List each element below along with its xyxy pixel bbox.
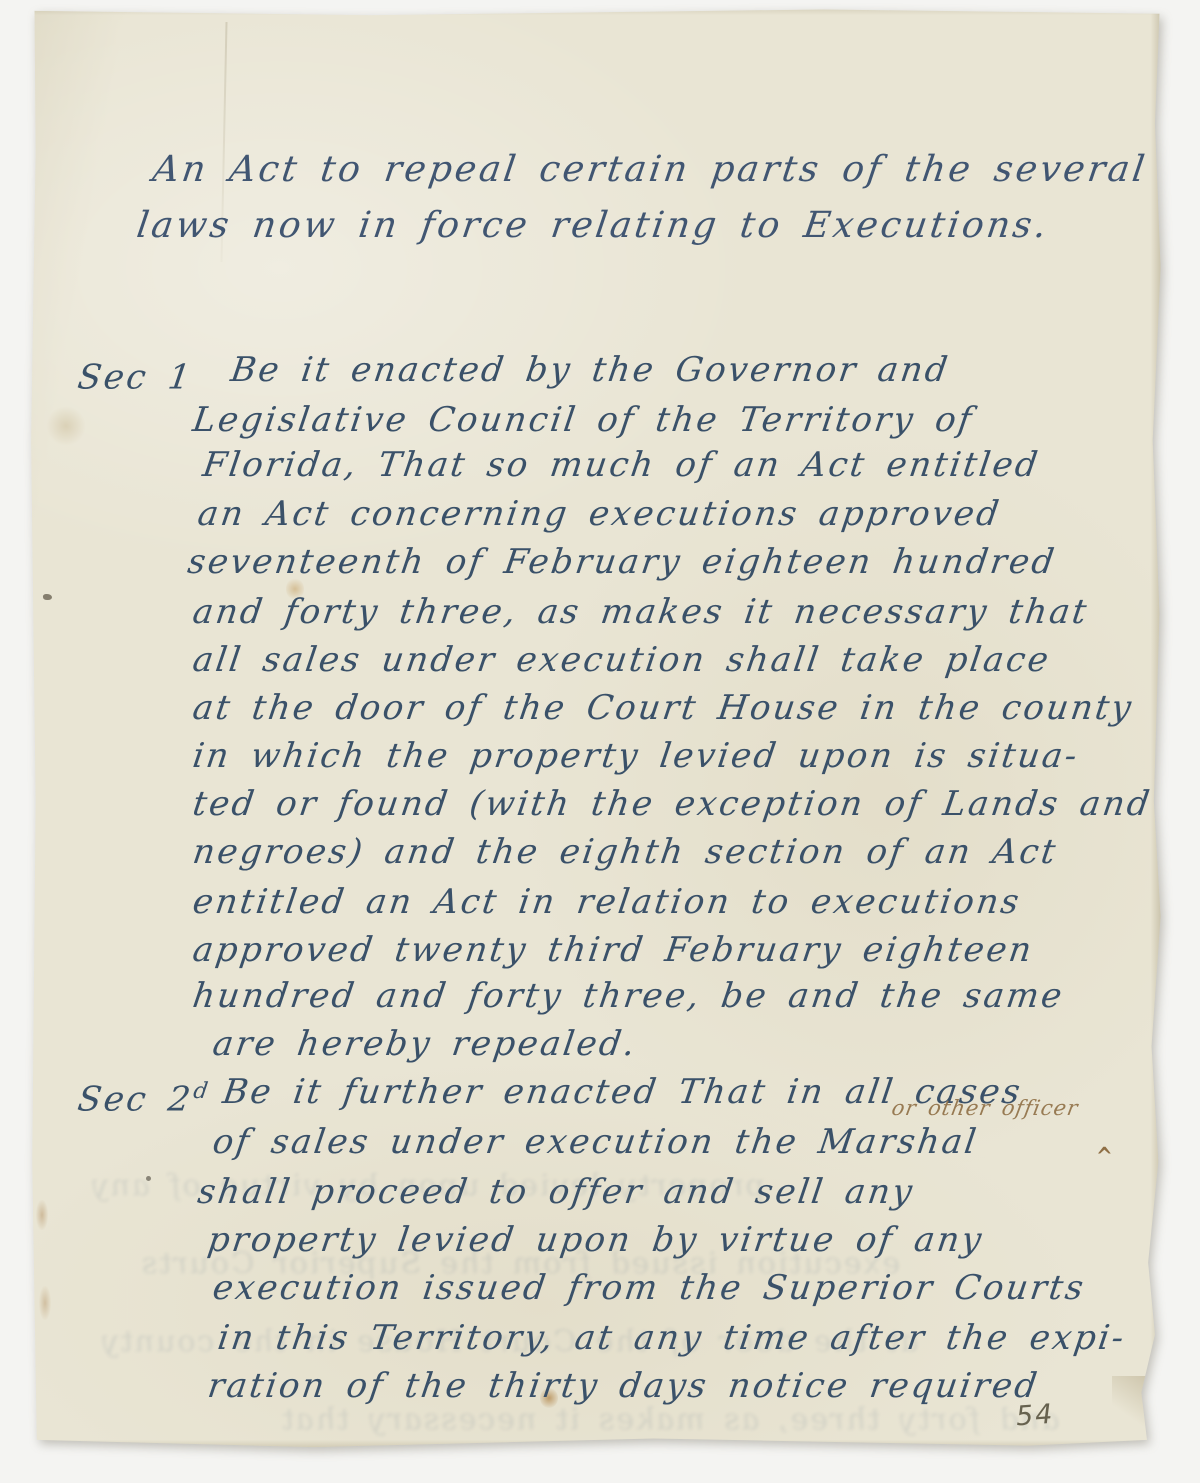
stain	[43, 594, 52, 600]
caret-mark: ^	[1096, 1142, 1113, 1171]
manuscript-line: an Act concerning executions approved	[195, 492, 1004, 536]
interlinear-insertion: or other officer	[890, 1096, 1080, 1120]
manuscript-line: are hereby repealed.	[210, 1022, 640, 1066]
manuscript-line: Florida, That so much of an Act entitled	[200, 443, 1043, 487]
manuscript-line: property levied upon by virtue of any	[205, 1218, 986, 1262]
title-line: An Act to repeal certain parts of the se…	[150, 148, 1150, 192]
section-label-text: Sec 1	[75, 357, 195, 397]
stain	[46, 406, 86, 446]
torn-corner	[1112, 1376, 1158, 1446]
stain	[36, 1200, 48, 1230]
paper-edge-shadow	[30, 8, 1164, 16]
manuscript-line: shall proceed to offer and sell any	[195, 1170, 917, 1214]
manuscript-line: ration of the thirty days notice require…	[205, 1364, 1042, 1408]
manuscript-sheet-wrap: property levied upon by virtue of any ex…	[30, 8, 1164, 1450]
manuscript-line: in this Territory, at any time after the…	[215, 1316, 1129, 1360]
manuscript-line: seventeenth of February eighteen hundred	[185, 540, 1059, 584]
stain	[146, 1176, 151, 1181]
manuscript-line: negroes) and the eighth section of an Ac…	[190, 830, 1061, 874]
page-number: 54	[1015, 1399, 1055, 1433]
section-label-suffix: d	[192, 1079, 211, 1104]
manuscript-line: at the door of the Court House in the co…	[190, 686, 1136, 730]
manuscript-line: hundred and forty three, be and the same	[190, 974, 1067, 1018]
manuscript-line: execution issued from the Superior Court…	[210, 1266, 1088, 1310]
manuscript-line: Be it enacted by the Governor and	[228, 348, 952, 392]
section-label: Sec 2d	[75, 1070, 212, 1121]
manuscript-line: Legislative Council of the Territory of	[190, 398, 977, 442]
section-label-text: Sec 2	[75, 1079, 195, 1119]
manuscript-line: in which the property levied upon is sit…	[190, 734, 1082, 778]
scan-background: property levied upon by virtue of any ex…	[0, 0, 1200, 1483]
manuscript-line: and forty three, as makes it necessary t…	[190, 590, 1092, 634]
manuscript-line: of sales under execution the Marshal	[210, 1120, 981, 1164]
section-label: Sec 1	[75, 348, 197, 399]
manuscript-line: ted or found (with the exception of Land…	[190, 782, 1155, 826]
manuscript-line: approved twenty third February eighteen	[190, 928, 1037, 972]
stain	[39, 1286, 51, 1320]
title-line: laws now in force relating to Executions…	[134, 204, 1052, 248]
paper-edge-shadow	[1148, 8, 1164, 1450]
manuscript-sheet: property levied upon by virtue of any ex…	[30, 8, 1164, 1450]
paper-edge-shadow	[30, 1438, 1164, 1450]
manuscript-line: entitled an Act in relation to execution…	[190, 880, 1024, 924]
manuscript-line: all sales under execution shall take pla…	[190, 638, 1054, 682]
